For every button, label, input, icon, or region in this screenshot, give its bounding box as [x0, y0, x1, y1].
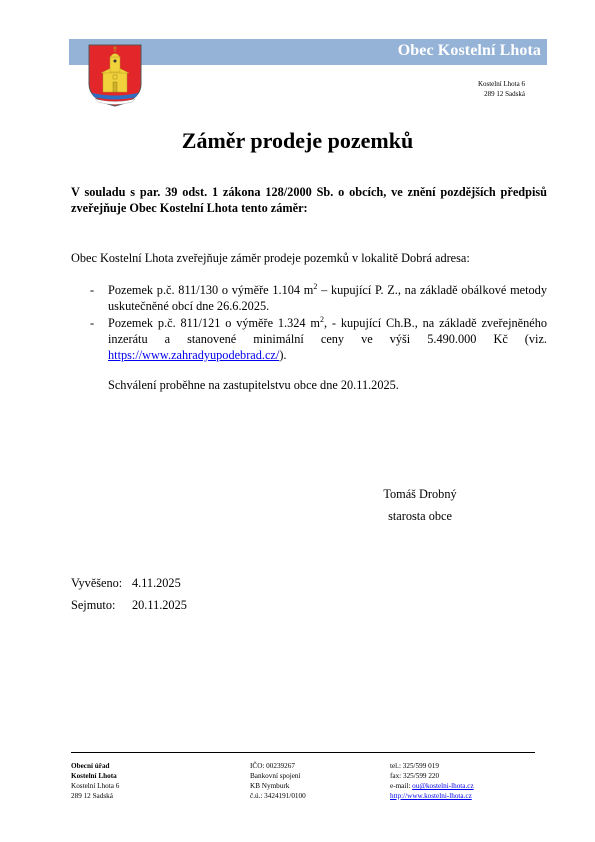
posted-label: Vyvěšeno:: [71, 572, 132, 594]
footer-divider: [71, 752, 535, 753]
footer-office-line: Obecní úřad: [71, 761, 119, 771]
list-item: - Pozemek p.č. 811/121 o výměře 1.324 m2…: [90, 315, 547, 363]
removed-date: 20.11.2025: [132, 594, 187, 616]
municipality-name: Obec Kostelní Lhota: [398, 42, 541, 60]
list-dash: -: [90, 315, 94, 331]
header-address-line2: 289 12 Sadská: [478, 89, 525, 99]
footer-fax: fax: 325/599 220: [390, 771, 474, 781]
approval-note: Schválení proběhne na zastupitelstvu obc…: [108, 378, 399, 393]
header-address: Kostelní Lhota 6 289 12 Sadská: [478, 79, 525, 99]
document-page: Obec Kostelní Lhota Kostelní Lhota 6 289…: [0, 0, 595, 842]
footer-bank: IČO: 00239267 Bankovní spojení KB Nymbur…: [250, 761, 306, 801]
footer-bank-line: Bankovní spojení: [250, 771, 306, 781]
footer-email-label: e-mail:: [390, 782, 412, 790]
footer-web-link[interactable]: http://www.kostelni-lhota.cz: [390, 792, 472, 800]
legal-intro: V souladu s par. 39 odst. 1 zákona 128/2…: [71, 184, 547, 216]
footer-email-link[interactable]: ou@kostelni-lhota.cz: [412, 782, 474, 790]
removed-row: Sejmuto: 20.11.2025: [71, 594, 187, 616]
footer-bank-line: č.ú.: 3424191/0100: [250, 791, 306, 801]
list-item-text: Pozemek p.č. 811/121 o výměře 1.324 m2, …: [108, 315, 547, 363]
intro-paragraph: Obec Kostelní Lhota zveřejňuje záměr pro…: [71, 250, 547, 266]
posted-date: 4.11.2025: [132, 572, 181, 594]
posted-row: Vyvěšeno: 4.11.2025: [71, 572, 187, 594]
footer-office: Obecní úřad Kostelní Lhota Kostelní Lhot…: [71, 761, 119, 801]
footer-office-line: Kostelní Lhota 6: [71, 781, 119, 791]
list-item-text: Pozemek p.č. 811/130 o výměře 1.104 m2 –…: [108, 282, 547, 314]
footer-bank-line: IČO: 00239267: [250, 761, 306, 771]
removed-label: Sejmuto:: [71, 594, 132, 616]
posting-dates: Vyvěšeno: 4.11.2025 Sejmuto: 20.11.2025: [71, 572, 187, 616]
list-dash: -: [90, 282, 94, 298]
document-title: Záměr prodeje pozemků: [0, 128, 595, 154]
footer-office-line: Kostelní Lhota: [71, 771, 119, 781]
footer-email-row: e-mail: ou@kostelni-lhota.cz: [390, 781, 474, 791]
footer-office-line: 289 12 Sadská: [71, 791, 119, 801]
listing-link[interactable]: https://www.zahradyupodebrad.cz/: [108, 348, 279, 362]
header-address-line1: Kostelní Lhota 6: [478, 79, 525, 89]
footer-contact: tel.: 325/599 019 fax: 325/599 220 e-mai…: [390, 761, 474, 801]
signature-name: Tomáš Drobný: [360, 487, 480, 502]
footer-bank-line: KB Nymburk: [250, 781, 306, 791]
signature-role: starosta obce: [360, 509, 480, 524]
coat-of-arms-church-icon: [88, 44, 142, 107]
list-item: - Pozemek p.č. 811/130 o výměře 1.104 m2…: [90, 282, 547, 314]
footer-tel: tel.: 325/599 019: [390, 761, 474, 771]
